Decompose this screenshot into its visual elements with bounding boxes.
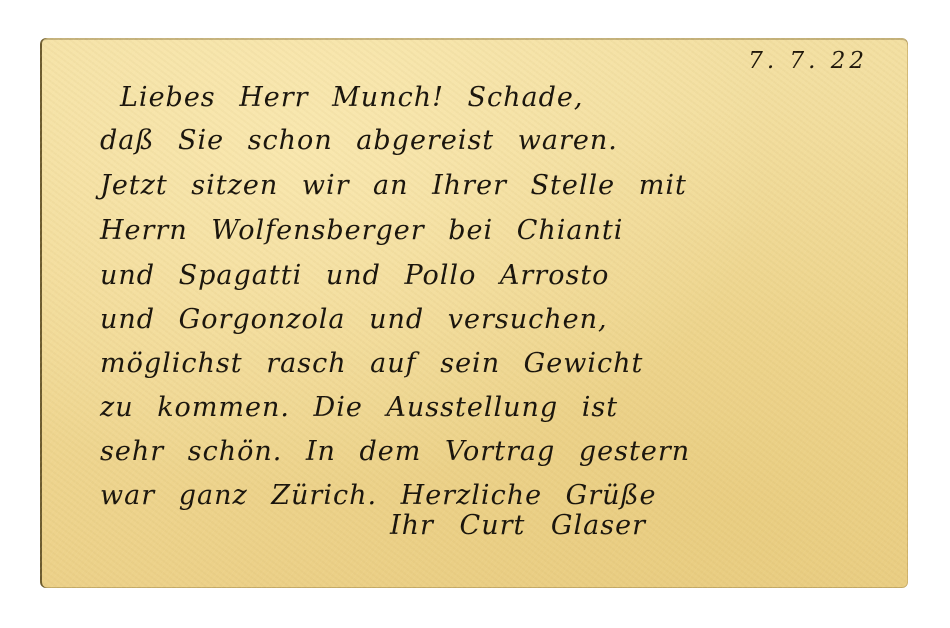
letter-line-salutation: Liebes Herr Munch! Schade, [120,82,583,113]
letter-signature: Ihr Curt Glaser [390,510,646,541]
letter-date: 7. 7. 22 [748,48,868,74]
letter-line: und Spagatti und Pollo Arrosto [100,260,609,291]
letter-line: war ganz Zürich. Herzliche Grüße [100,480,657,511]
letter-line: möglichst rasch auf sein Gewicht [100,348,643,379]
letter-line: Jetzt sitzen wir an Ihrer Stelle mit [100,170,687,201]
letter-line: zu kommen. Die Ausstellung ist [100,392,618,423]
postcard: 7. 7. 22 Liebes Herr Munch! Schade, daß … [40,38,908,588]
letter-line: Herrn Wolfensberger bei Chianti [100,215,623,246]
letter-line: daß Sie schon abgereist waren. [100,125,618,156]
scan-background: 7. 7. 22 Liebes Herr Munch! Schade, daß … [0,0,950,628]
letter-line: und Gorgonzola und versuchen, [100,304,608,335]
letter-line: sehr schön. In dem Vortrag gestern [100,436,690,467]
